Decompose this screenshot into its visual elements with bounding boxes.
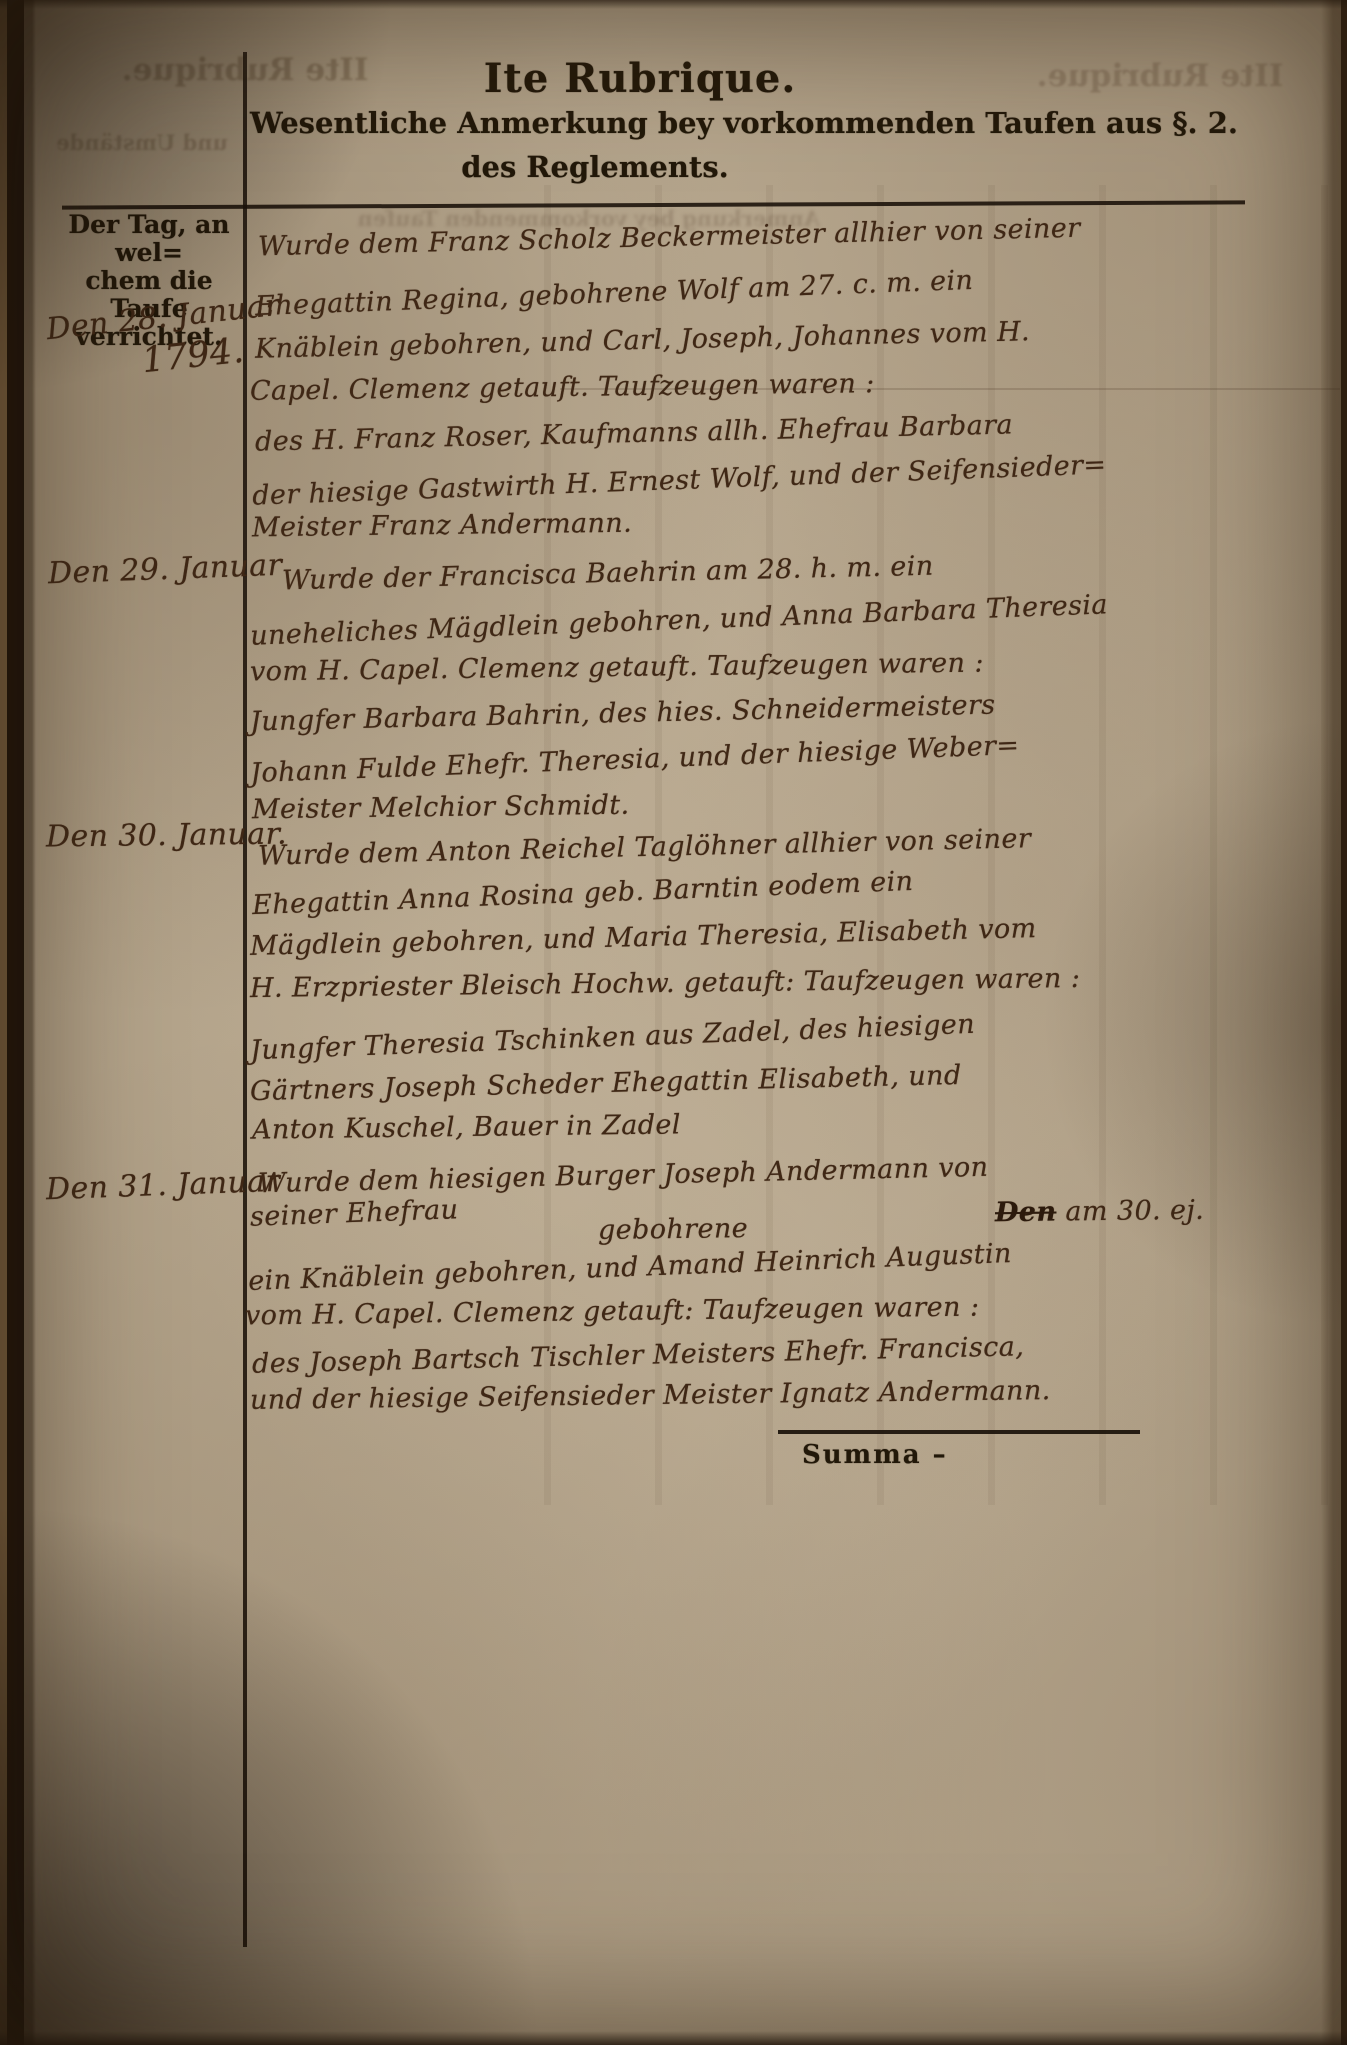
summa-label: Summa – (802, 1440, 948, 1470)
bleedthrough-left-column: und Umstände (42, 128, 242, 158)
date-column-header-line1: Der Tag, an wel= (55, 211, 243, 267)
baptism-register-page: IIte Rubrique. IIte Rubrique. und Umstän… (0, 0, 1347, 2045)
entry1-line7: Meister Franz Andermann. (252, 508, 632, 544)
summa-dash: – (933, 1440, 948, 1470)
entry3-line7: Anton Kuschel, Bauer in Zadel (252, 1109, 681, 1145)
page-bottom-edge (0, 2031, 1347, 2045)
entry3-date: Den 30. Januar. (46, 817, 287, 855)
header-subtitle-line2: des Reglements. (430, 150, 760, 184)
page-top-edge (0, 0, 1347, 9)
bleedthrough-title-right: IIte Rubrique. (980, 58, 1340, 94)
struck-word: Den (995, 1197, 1057, 1229)
summa-text: Summa (802, 1440, 922, 1470)
entry4-line2-inserted: gebohrene (598, 1213, 748, 1246)
summa-rule (778, 1430, 1140, 1434)
entry4-line2-date-note: am 30. ej. (1065, 1195, 1204, 1228)
entry4-line2-right: Den am 30. ej. (995, 1195, 1205, 1229)
rubrique-title: Ite Rubrique. (440, 55, 840, 102)
entry2-line6: Meister Melchior Schmidt. (252, 790, 630, 826)
column-divider-rule (243, 52, 247, 1947)
page-right-edge (1321, 0, 1347, 2045)
header-subtitle-line1: Wesentliche Anmerkung bey vorkommenden T… (250, 106, 1040, 140)
book-binding-edge (0, 0, 36, 2045)
